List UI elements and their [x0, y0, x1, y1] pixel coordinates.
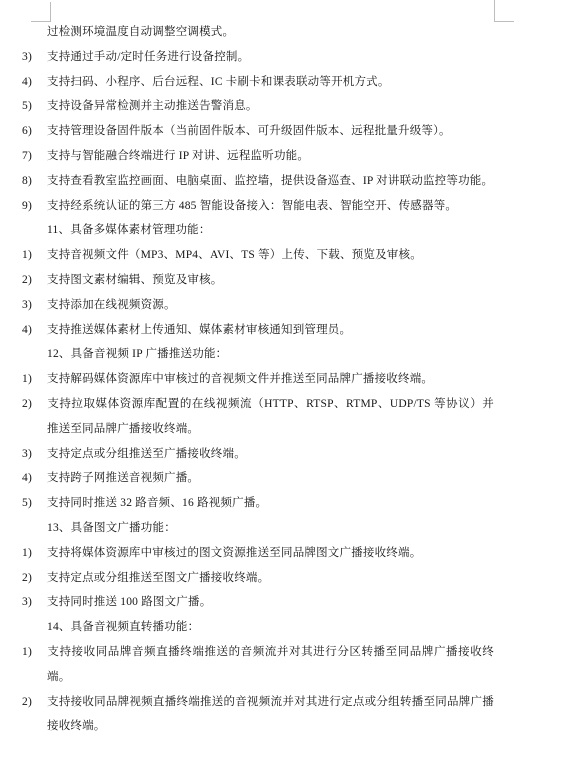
item-text: 支持同时推送 100 路图文广播。 [47, 596, 211, 608]
section-title: 具备多媒体素材管理功能： [70, 224, 210, 236]
section-heading: 13、具备图文广播功能： [47, 516, 494, 541]
item-text: 支持图文素材编辑、预览及审核。 [47, 274, 223, 286]
item-number: 2) [0, 690, 47, 715]
item-text: 支持拉取媒体资源库配置的在线视频流（HTTP、RTSP、RTMP、UDP/TS … [47, 398, 494, 435]
list-item: 7)支持与智能融合终端进行 IP 对讲、远程监听功能。 [47, 144, 494, 169]
list-item: 2)支持定点或分组推送至图文广播接收终端。 [47, 566, 494, 591]
item-text: 支持添加在线视频资源。 [47, 299, 176, 311]
continuation-line: 过检测环境温度自动调整空调模式。 [47, 20, 494, 45]
section-title: 具备音视频 IP 广播推送功能： [71, 348, 228, 360]
section-heading: 14、具备音视频直转播功能： [47, 615, 494, 640]
item-text: 支持接收同品牌视频直播终端推送的音视频流并对其进行定点或分组转播至同品牌广播接收… [47, 696, 494, 733]
item-number: 3) [0, 442, 47, 467]
item-text: 过检测环境温度自动调整空调模式。 [47, 26, 234, 38]
list-item: 4)支持推送媒体素材上传通知、媒体素材审核通知到管理员。 [47, 318, 494, 343]
section-title: 具备音视频直转播功能： [71, 621, 200, 633]
item-text: 支持通过手动/定时任务进行设备控制。 [47, 51, 249, 63]
list-item: 1)支持解码媒体资源库中审核过的音视频文件并推送至同品牌广播接收终端。 [47, 367, 494, 392]
list-item: 3)支持通过手动/定时任务进行设备控制。 [47, 45, 494, 70]
section-heading: 12、具备音视频 IP 广播推送功能： [47, 342, 494, 367]
list-item: 5)支持设备异常检测并主动推送告警消息。 [47, 94, 494, 119]
item-number: 4) [0, 318, 47, 343]
item-number: 5) [0, 491, 47, 516]
item-text: 支持经系统认证的第三方 485 智能设备接入：智能电表、智能空开、传感器等。 [47, 200, 457, 212]
item-number: 7) [0, 144, 47, 169]
document-body: 过检测环境温度自动调整空调模式。 3)支持通过手动/定时任务进行设备控制。 4)… [47, 20, 494, 739]
item-number: 3) [0, 590, 47, 615]
list-item: 1)支持接收同品牌音频直播终端推送的音频流并对其进行分区转播至同品牌广播接收终端… [47, 640, 494, 690]
margin-corner-mark-top-right [494, 0, 514, 22]
item-text: 支持接收同品牌音频直播终端推送的音频流并对其进行分区转播至同品牌广播接收终端。 [47, 646, 494, 683]
item-number: 6) [0, 119, 47, 144]
list-item: 8)支持查看教室监控画面、电脑桌面、监控墙，提供设备巡查、IP 对讲联动监控等功… [47, 169, 494, 194]
list-item: 4)支持跨子网推送音视频广播。 [47, 466, 494, 491]
list-item: 3)支持同时推送 100 路图文广播。 [47, 590, 494, 615]
list-item: 2)支持接收同品牌视频直播终端推送的音视频流并对其进行定点或分组转播至同品牌广播… [47, 690, 494, 740]
list-item: 3)支持定点或分组推送至广播接收终端。 [47, 442, 494, 467]
list-item: 2)支持拉取媒体资源库配置的在线视频流（HTTP、RTSP、RTMP、UDP/T… [47, 392, 494, 442]
item-text: 支持与智能融合终端进行 IP 对讲、远程监听功能。 [47, 150, 309, 162]
list-item: 1)支持音视频文件（MP3、MP4、AVI、TS 等）上传、下载、预览及审核。 [47, 243, 494, 268]
section-number: 13、 [47, 522, 71, 534]
section-number: 14、 [47, 621, 71, 633]
list-item: 6)支持管理设备固件版本（当前固件版本、可升级固件版本、远程批量升级等）。 [47, 119, 494, 144]
item-text: 支持解码媒体资源库中审核过的音视频文件并推送至同品牌广播接收终端。 [47, 373, 433, 385]
item-text: 支持扫码、小程序、后台远程、IC 卡刷卡和课表联动等开机方式。 [47, 76, 390, 88]
item-number: 1) [0, 243, 47, 268]
item-text: 支持推送媒体素材上传通知、媒体素材审核通知到管理员。 [47, 324, 351, 336]
list-item: 3)支持添加在线视频资源。 [47, 293, 494, 318]
item-number: 3) [0, 293, 47, 318]
item-number: 1) [0, 640, 47, 665]
item-number: 4) [0, 70, 47, 95]
item-number: 2) [0, 566, 47, 591]
item-text: 支持同时推送 32 路音频、16 路视频广播。 [47, 497, 267, 509]
item-number: 8) [0, 169, 47, 194]
list-item: 1)支持将媒体资源库中审核过的图文资源推送至同品牌图文广播接收终端。 [47, 541, 494, 566]
item-number: 9) [0, 194, 47, 219]
list-item: 5)支持同时推送 32 路音频、16 路视频广播。 [47, 491, 494, 516]
item-text: 支持管理设备固件版本（当前固件版本、可升级固件版本、远程批量升级等）。 [47, 125, 451, 137]
section-title: 具备图文广播功能： [71, 522, 176, 534]
item-text: 支持设备异常检测并主动推送告警消息。 [47, 100, 258, 112]
section-number: 12、 [47, 348, 71, 360]
item-number: 1) [0, 541, 47, 566]
item-text: 支持将媒体资源库中审核过的图文资源推送至同品牌图文广播接收终端。 [47, 547, 421, 559]
section-number: 11、 [47, 224, 70, 236]
item-number: 1) [0, 367, 47, 392]
list-item: 9)支持经系统认证的第三方 485 智能设备接入：智能电表、智能空开、传感器等。 [47, 194, 494, 219]
item-number: 2) [0, 392, 47, 417]
item-number: 5) [0, 94, 47, 119]
item-text: 支持定点或分组推送至广播接收终端。 [47, 448, 246, 460]
item-number: 4) [0, 466, 47, 491]
item-number: 3) [0, 45, 47, 70]
list-item: 2)支持图文素材编辑、预览及审核。 [47, 268, 494, 293]
document-page: 过检测环境温度自动调整空调模式。 3)支持通过手动/定时任务进行设备控制。 4)… [0, 0, 574, 765]
item-number: 2) [0, 268, 47, 293]
item-text: 支持音视频文件（MP3、MP4、AVI、TS 等）上传、下载、预览及审核。 [47, 249, 422, 261]
item-text: 支持定点或分组推送至图文广播接收终端。 [47, 572, 269, 584]
list-item: 4)支持扫码、小程序、后台远程、IC 卡刷卡和课表联动等开机方式。 [47, 70, 494, 95]
item-text: 支持跨子网推送音视频广播。 [47, 472, 199, 484]
item-text: 支持查看教室监控画面、电脑桌面、监控墙，提供设备巡查、IP 对讲联动监控等功能。 [47, 175, 493, 187]
margin-corner-mark-top-left [31, 2, 51, 22]
section-heading: 11、具备多媒体素材管理功能： [47, 218, 494, 243]
